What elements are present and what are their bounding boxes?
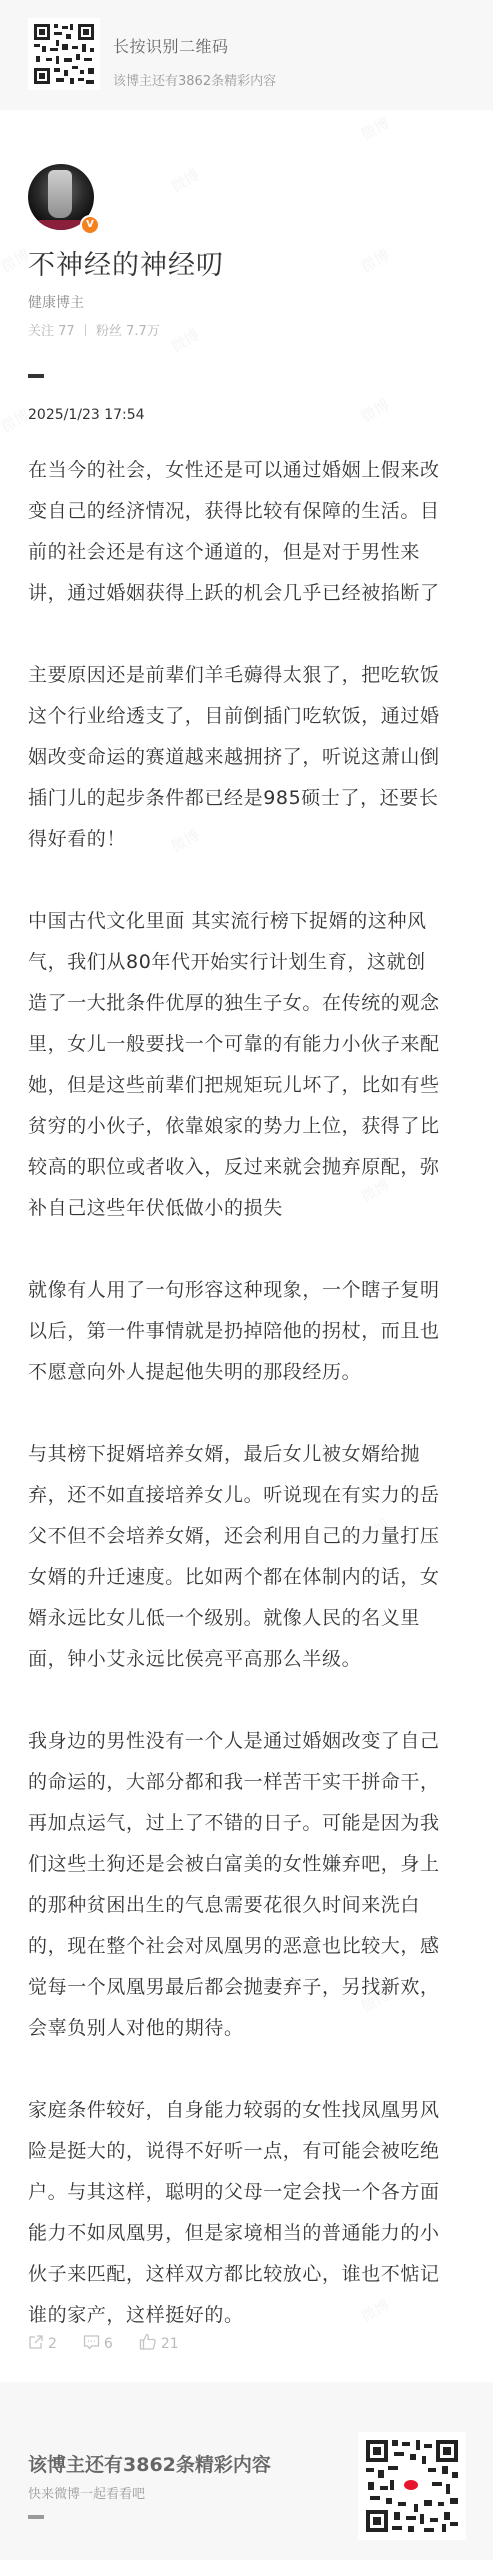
- text-line: 险是挺大的，说得不好听一点，有可能会被吃绝: [28, 2131, 468, 2172]
- post-actions: 2 6 21: [28, 2333, 179, 2354]
- paragraph: 中国古代文化里面 其实流行榜下捉婿的这种风 气，我们从80年代开始实行计划生育，…: [28, 901, 468, 1229]
- like-count: 21: [161, 2336, 179, 2352]
- text-line: 前的社会还是有这个通道的，但是对于男性来: [28, 532, 468, 573]
- text-line: 觉每一个凤凰男最后都会抛妻弃子，另找新欢，: [28, 1967, 468, 2008]
- text-line: 插门儿的起步条件都已经是985硕士了，还要长: [28, 778, 468, 819]
- paragraph: 主要原因还是前辈们羊毛薅得太狠了，把吃软饭 这个行业给透支了，目前倒插门吃软饭，…: [28, 655, 468, 860]
- text-line: 女婿的升迁速度。比如两个都在体制内的话，女: [28, 1557, 468, 1598]
- repost-count: 2: [48, 2336, 57, 2352]
- post-content: 在当今的社会，女性还是可以通过婚姻上假来改 变自己的经济情况，获得比较有保障的生…: [28, 450, 468, 2336]
- fans-label: 粉丝: [96, 324, 122, 339]
- follow-count: 77: [58, 324, 75, 339]
- text-line: 能力不如凤凰男，但是家境相当的普通能力的小: [28, 2213, 468, 2254]
- post-timestamp: 2025/1/23 17:54: [28, 407, 145, 423]
- text-line: 里，女儿一般要找一个可靠的有能力小伙子来配: [28, 1024, 468, 1065]
- paragraph: 我身边的男性没有一个人是通过婚姻改变了自己 的命运的，大部分都和我一样苦干实干拼…: [28, 1721, 468, 2049]
- watermark: 微博: [167, 164, 203, 197]
- watermark: 微博: [357, 112, 393, 145]
- top-banner-title: 长按识别二维码: [113, 34, 229, 57]
- text-line: 弃，还不如直接培养女儿。听说现在有实力的岳: [28, 1475, 468, 1516]
- text-line: 补自己这些年伏低做小的损失: [28, 1188, 468, 1229]
- text-line: 户。与其这样，聪明的父母一定会找一个各方面: [28, 2172, 468, 2213]
- text-line: 造了一大批条件优厚的独生子女。在传统的观念: [28, 983, 468, 1024]
- like-button[interactable]: 21: [139, 2333, 179, 2354]
- text-line: 得好看的！: [28, 819, 468, 860]
- share-icon: [28, 2334, 44, 2354]
- text-line: 以后，第一件事情就是扔掉陪他的拐杖，而且也: [28, 1311, 468, 1352]
- author-tag: 健康博主: [28, 292, 84, 312]
- text-line: 父不但不会培养女婿，还会利用自己的力量打压: [28, 1516, 468, 1557]
- text-line: 与其榜下捉婿培养女婿，最后女儿被女婿给抛: [28, 1434, 468, 1475]
- thumbs-up-icon: [139, 2333, 157, 2354]
- text-line: 在当今的社会，女性还是可以通过婚姻上假来改: [28, 450, 468, 491]
- text-line: 的命运的，大部分都和我一样苦干实干拼命干，: [28, 1762, 468, 1803]
- top-banner-subtitle: 该博主还有3862条精彩内容: [113, 70, 276, 89]
- text-line: 再加点运气，过上了不错的日子。可能是因为我: [28, 1803, 468, 1844]
- text-line: 的那种贫困出生的气息需要花很久时间来洗白: [28, 1885, 468, 1926]
- text-line: 面，钟小艾永远比侯亮平高那么半级。: [28, 1639, 468, 1680]
- text-line: 不愿意向外人提起他失明的那段经历。: [28, 1352, 468, 1393]
- weibo-logo-icon: [400, 2474, 422, 2496]
- text-line: 变自己的经济情况，获得比较有保障的生活。目: [28, 491, 468, 532]
- text-line: 姻改变命运的赛道越来越拥挤了，听说这萧山倒: [28, 737, 468, 778]
- text-line: 气，我们从80年代开始实行计划生育，这就创: [28, 942, 468, 983]
- bottom-banner-subtitle: 快来微博一起看看吧: [28, 2483, 145, 2502]
- comment-button[interactable]: 6: [83, 2334, 113, 2354]
- comment-count: 6: [104, 2336, 113, 2352]
- text-line: 伙子来匹配，这样双方都比较放心，谁也不惦记: [28, 2254, 468, 2295]
- text-line: 贫穷的小伙子，依靠娘家的势力上位，获得了比: [28, 1106, 468, 1147]
- paragraph: 就像有人用了一句形容这种现象，一个瞎子复明 以后，第一件事情就是扔掉陪他的拐杖，…: [28, 1270, 468, 1393]
- paragraph: 与其榜下捉婿培养女婿，最后女儿被女婿给抛 弃，还不如直接培养女儿。听说现在有实力…: [28, 1434, 468, 1680]
- paragraph: 家庭条件较好，自身能力较弱的女性找凤凰男风 险是挺大的，说得不好听一点，有可能会…: [28, 2090, 468, 2336]
- author-stats: 关注 77 粉丝 7.7万: [28, 320, 160, 339]
- stats-divider: [85, 324, 86, 336]
- fans-count: 7.7万: [126, 324, 160, 339]
- text-line: 会辜负别人对他的期待。: [28, 2008, 468, 2049]
- comment-icon: [83, 2334, 100, 2354]
- text-line: 我身边的男性没有一个人是通过婚姻改变了自己: [28, 1721, 468, 1762]
- text-line: 较高的职位或者收入，反过来就会抛弃原配，弥: [28, 1147, 468, 1188]
- text-line: 谁的家产，这样挺好的。: [28, 2295, 468, 2336]
- avatar-figure: [48, 170, 72, 218]
- text-line: 她，但是这些前辈们把规矩玩儿坏了，比如有些: [28, 1065, 468, 1106]
- watermark: 微博: [357, 244, 393, 277]
- text-line: 婿永远比女儿低一个级别。就像人民的名义里: [28, 1598, 468, 1639]
- author-name[interactable]: 不神经的神经叨: [28, 243, 224, 282]
- text-line: 们这些土狗还是会被白富美的女性嫌弃吧，身上: [28, 1844, 468, 1885]
- text-line: 家庭条件较好，自身能力较弱的女性找凤凰男风: [28, 2090, 468, 2131]
- text-line: 主要原因还是前辈们羊毛薅得太狠了，把吃软饭: [28, 655, 468, 696]
- text-line: 就像有人用了一句形容这种现象，一个瞎子复明: [28, 1270, 468, 1311]
- follow-label: 关注: [28, 324, 54, 339]
- text-line: 讲，通过婚姻获得上跃的机会几乎已经被掐断了: [28, 573, 468, 614]
- text-line: 中国古代文化里面 其实流行榜下捉婿的这种风: [28, 901, 468, 942]
- divider-dash: [28, 2515, 44, 2519]
- verified-badge-icon: V: [80, 215, 100, 235]
- paragraph: 在当今的社会，女性还是可以通过婚姻上假来改 变自己的经济情况，获得比较有保障的生…: [28, 450, 468, 614]
- watermark: 微博: [167, 324, 203, 357]
- qr-code-icon[interactable]: [28, 18, 100, 90]
- divider-dash: [28, 374, 44, 378]
- bottom-banner-title: 该博主还有3862条精彩内容: [28, 2450, 271, 2477]
- text-line: 这个行业给透支了，目前倒插门吃软饭，通过婚: [28, 696, 468, 737]
- text-line: 的，现在整个社会对凤凰男的恶意也比较大，感: [28, 1926, 468, 1967]
- qr-code-icon[interactable]: [358, 2432, 466, 2540]
- watermark: 微博: [357, 394, 393, 427]
- repost-button[interactable]: 2: [28, 2334, 57, 2354]
